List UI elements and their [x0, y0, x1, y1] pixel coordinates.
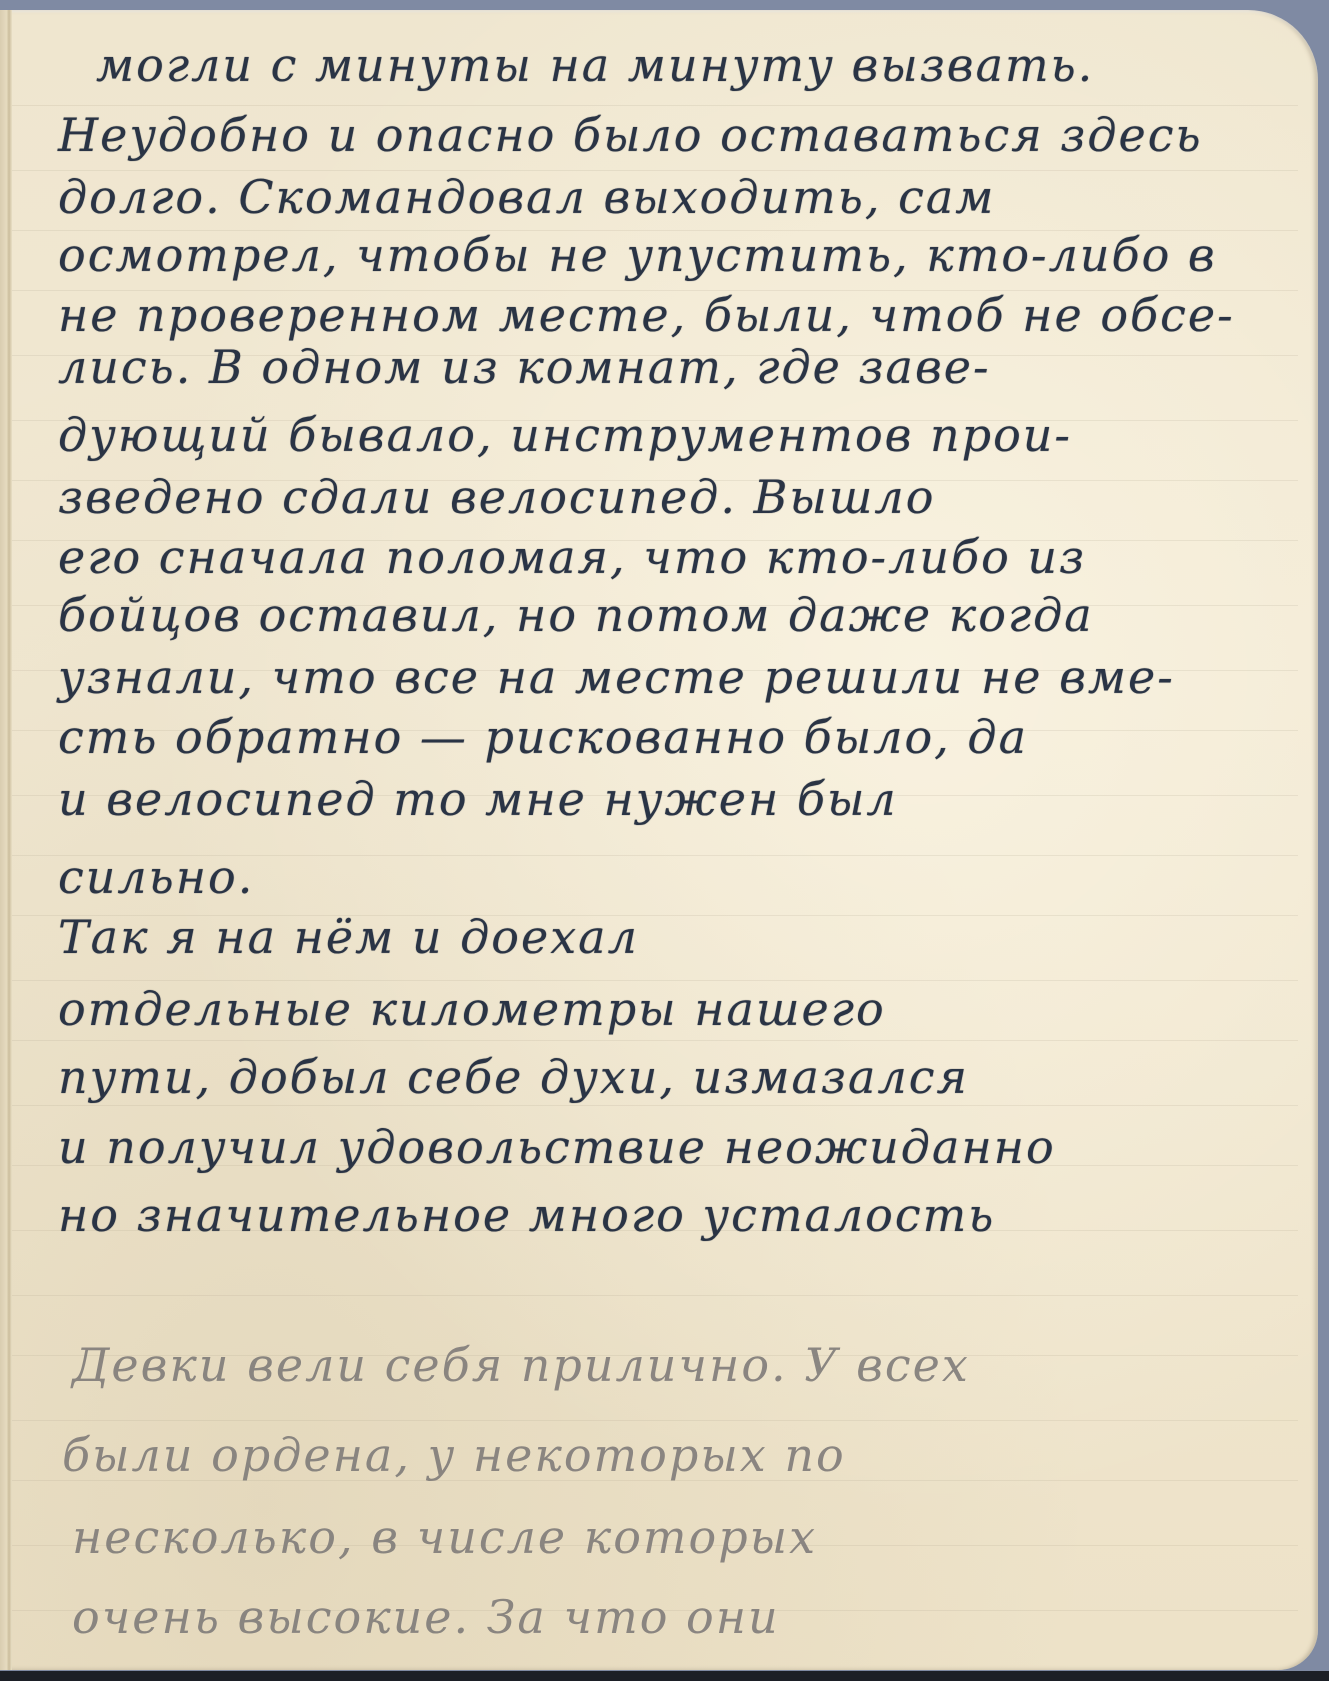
handwritten-line: могли с минуты на минуту вызвать. [96, 38, 1094, 92]
pencil-line: несколько, в числе которых [72, 1510, 817, 1564]
binding-margin [0, 10, 12, 1670]
handwritten-line: не проверенном месте, были, чтоб не обсе… [58, 288, 1235, 342]
ruled-line [12, 1040, 1298, 1041]
handwritten-line: и велосипед то мне нужен был [58, 772, 898, 826]
handwritten-line: Так я на нём и доехал [58, 910, 639, 964]
ruled-line [12, 1420, 1298, 1421]
handwritten-line: зведено сдали велосипед. Вышло [58, 470, 935, 524]
handwritten-line: сильно. [58, 850, 254, 904]
handwritten-line: долго. Скомандовал выходить, сам [58, 170, 995, 224]
handwritten-line: пути, добыл себе духи, измазался [58, 1050, 969, 1104]
pencil-line: Девки вели себя прилично. У всех [72, 1338, 970, 1392]
notebook-page: могли с минуты на минуту вызвать. Неудоб… [0, 10, 1318, 1670]
handwritten-line: сть обратно — рискованно было, да [58, 710, 1028, 764]
handwritten-line: отдельные километры нашего [58, 982, 886, 1036]
handwritten-line: лись. В одном из комнат, где заве- [58, 340, 991, 394]
handwritten-line: дующий бывало, инструментов прои- [58, 408, 1072, 462]
handwritten-line: и получил удовольствие неожиданно [58, 1120, 1056, 1174]
handwritten-line: осмотрел, чтобы не упустить, кто-либо в [58, 228, 1217, 282]
handwritten-line: Неудобно и опасно было оставаться здесь [58, 108, 1203, 162]
pencil-line: очень высокие. За что они [72, 1590, 780, 1644]
handwritten-line: его сначала поломая, что кто-либо из [58, 530, 1086, 584]
handwritten-line: бойцов оставил, но потом даже когда [58, 588, 1094, 642]
ruled-line [12, 980, 1298, 981]
ruled-line [12, 1105, 1298, 1106]
pencil-line: были ордена, у некоторых по [62, 1428, 846, 1482]
ruled-line [12, 1295, 1298, 1296]
ruled-line [12, 105, 1298, 106]
handwritten-line: узнали, что все на месте решили не вме- [58, 650, 1175, 704]
scanner-edge-shadow [0, 1671, 1329, 1681]
handwritten-line: но значительное много усталость [58, 1188, 995, 1242]
